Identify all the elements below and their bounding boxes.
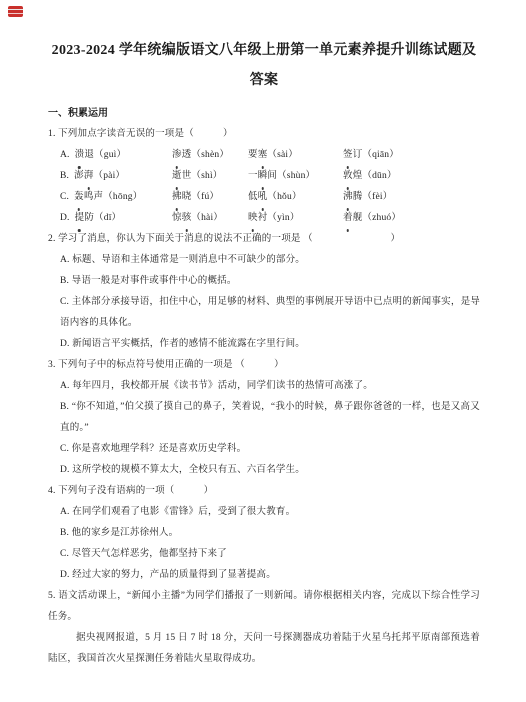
emphasis-dot-char: 拂 — [172, 187, 182, 208]
q3-stem: 3. 下列句子中的标点符号使用正确的一项是 （ ） — [48, 355, 480, 376]
pinyin-term: 惊骇（hài） — [172, 213, 223, 223]
term-cell: 拂晓（fú） — [172, 187, 248, 208]
q4-stem: 4. 下列句子没有语病的一项（ ） — [48, 481, 480, 502]
option-line: D. 新闻语言平实概括，作者的感情不能流露在字里行间。 — [60, 334, 480, 355]
emphasis-dot-char: 骇 — [182, 208, 192, 229]
q5-news-paragraph: 据央视网报道，5 月 15 日 7 时 18 分，天问一号探测器成功着陆于火星乌… — [48, 628, 480, 670]
emphasis-dot-char: 着 — [343, 208, 353, 229]
emphasis-dot-char: 沸 — [343, 187, 353, 208]
emphasis-dot-char: 瞬 — [258, 166, 268, 187]
term-cell: A.溃退（guì） — [60, 145, 172, 166]
option-line: C. 主体部分承接导语，扣住中心，用足够的材料、典型的事例展开导语中已点明的新闻… — [60, 292, 480, 334]
emphasis-dot-char: 映 — [248, 208, 258, 229]
option-line: A. 在同学们观看了电影《雷锋》后，受到了很大教育。 — [60, 502, 480, 523]
pronunciation-option-row: C.轰鸣声（hōng）拂晓（fú）低吼（hǒu）沸腾（fèi） — [60, 187, 480, 208]
option-line: B. 他的家乡是江苏徐州人。 — [60, 523, 480, 544]
term-cell: D.提防（dī） — [60, 208, 172, 229]
emphasis-dot-char: 逝 — [172, 166, 182, 187]
exam-document-page: 2023-2024 学年统编版语文八年级上册第一单元素养提升训练试题及 答案 一… — [0, 0, 526, 702]
q4-options: A. 在同学们观看了电影《雷锋》后，受到了很大教育。B. 他的家乡是江苏徐州人。… — [48, 502, 480, 586]
option-line: C. 你是喜欢地理学科？还是喜欢历史学科。 — [60, 439, 480, 460]
q5-stem: 5. 语文活动课上，“新闻小主播”为同学们播报了一则新闻。请你根据相关内容，完成… — [48, 586, 480, 628]
emphasis-dot-char: 敦 — [343, 166, 353, 187]
pinyin-term: 敦煌（dūn） — [343, 171, 397, 181]
emphasis-dot-char: 塞 — [258, 145, 268, 166]
emphasis-dot-char: 签 — [343, 145, 353, 166]
option-line: A. 每年四月，我校都开展《读书节》活动，同学们读书的热情可高涨了。 — [60, 376, 480, 397]
option-letter: C. — [60, 192, 69, 202]
pinyin-term: 逝世（shì） — [172, 171, 223, 181]
term-cell: 着舰（zhuó） — [343, 208, 480, 229]
term-cell: 低吼（hǒu） — [248, 187, 343, 208]
option-line: D. 这所学校的规模不算太大，全校只有五、六百名学生。 — [60, 460, 480, 481]
emphasis-dot-char: 渗 — [172, 145, 182, 166]
option-line: C. 尽管天气怎样恶劣，他都坚持下来了 — [60, 544, 480, 565]
pinyin-term: 映衬（yìn） — [248, 213, 300, 223]
q2-options: A. 标题、导语和主体通常是一则消息中不可缺少的部分。B. 导语一般是对事件或事… — [48, 250, 480, 355]
option-line: A. 标题、导语和主体通常是一则消息中不可缺少的部分。 — [60, 250, 480, 271]
option-line: B. “你不知道，”伯父摸了摸自己的鼻子，笑着说，“我小的时候，鼻子跟你爸爸的一… — [60, 397, 480, 439]
pinyin-term: 要塞（sài） — [248, 150, 298, 160]
term-cell: B.澎湃（pài） — [60, 166, 172, 187]
section-heading: 一、积累运用 — [48, 103, 480, 124]
term-cell: 要塞（sài） — [248, 145, 343, 166]
emphasis-dot-char: 吼 — [258, 187, 268, 208]
q2-stem: 2. 学习了消息，你认为下面关于消息的说法不正确的一项是 （ ） — [48, 229, 480, 250]
option-letter: D. — [60, 213, 70, 223]
pinyin-term: 提防（dī） — [75, 213, 122, 223]
pinyin-term: 着舰（zhuó） — [343, 213, 401, 223]
pinyin-term: 沸腾（fèi） — [343, 192, 392, 202]
term-cell: 敦煌（dūn） — [343, 166, 480, 187]
option-letter: A. — [60, 150, 70, 160]
emphasis-dot-char: 溃 — [75, 145, 85, 166]
pinyin-term: 低吼（hǒu） — [248, 192, 302, 202]
option-letter: B. — [60, 171, 69, 181]
pinyin-term: 溃退（guì） — [75, 150, 127, 160]
pinyin-term: 拂晓（fú） — [172, 192, 219, 202]
title-line-1: 2023-2024 学年统编版语文八年级上册第一单元素养提升训练试题及 — [48, 36, 480, 66]
term-cell: 惊骇（hài） — [172, 208, 248, 229]
pronunciation-option-row: D.提防（dī）惊骇（hài）映衬（yìn）着舰（zhuó） — [60, 208, 480, 229]
pinyin-term: 一瞬间（shùn） — [248, 171, 315, 181]
term-cell: 沸腾（fèi） — [343, 187, 480, 208]
q1-rows: A.溃退（guì）渗透（shèn）要塞（sài）签订（qiān）B.澎湃（pài… — [48, 145, 480, 229]
term-cell: 渗透（shèn） — [172, 145, 248, 166]
term-cell: C.轰鸣声（hōng） — [60, 187, 172, 208]
pronunciation-option-row: A.溃退（guì）渗透（shèn）要塞（sài）签订（qiān） — [60, 145, 480, 166]
emphasis-dot-char: 轰 — [74, 187, 84, 208]
q3-options: A. 每年四月，我校都开展《读书节》活动，同学们读书的热情可高涨了。B. “你不… — [48, 376, 480, 481]
term-cell: 签订（qiān） — [343, 145, 480, 166]
term-cell: 一瞬间（shùn） — [248, 166, 343, 187]
emphasis-dot-char: 提 — [75, 208, 85, 229]
pronunciation-option-row: B.澎湃（pài）逝世（shì）一瞬间（shùn）敦煌（dūn） — [60, 166, 480, 187]
title-line-2: 答案 — [48, 66, 480, 96]
pinyin-term: 澎湃（pài） — [74, 171, 125, 181]
option-line: B. 导语一般是对事件或事件中心的概括。 — [60, 271, 480, 292]
pinyin-term: 渗透（shèn） — [172, 150, 229, 160]
document-title: 2023-2024 学年统编版语文八年级上册第一单元素养提升训练试题及 答案 — [48, 36, 480, 96]
pinyin-term: 签订（qiān） — [343, 150, 399, 160]
pinyin-term: 轰鸣声（hōng） — [74, 192, 142, 202]
q1-stem: 1. 下列加点字读音无误的一项是（ ） — [48, 124, 480, 145]
emphasis-dot-char: 湃 — [84, 166, 94, 187]
term-cell: 逝世（shì） — [172, 166, 248, 187]
option-line: D. 经过大家的努力，产品的质量得到了显著提高。 — [60, 565, 480, 586]
term-cell: 映衬（yìn） — [248, 208, 343, 229]
corner-stamp-icon — [8, 6, 23, 17]
